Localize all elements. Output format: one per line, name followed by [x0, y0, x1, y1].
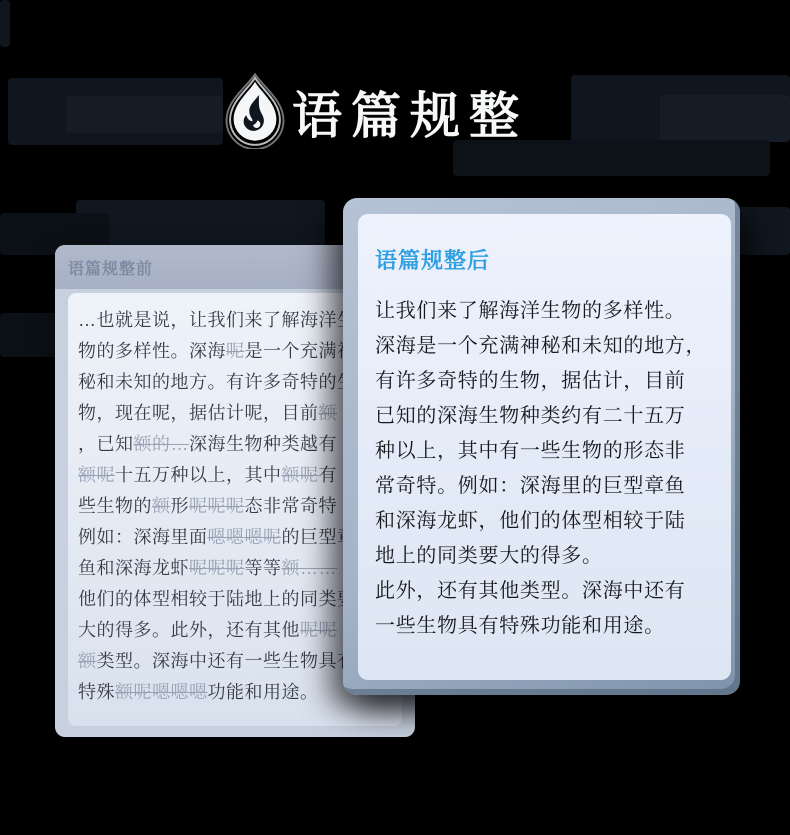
page-background: 语篇规整 语篇规整前 …也就是说，让我们来了解海洋生物的多样性。深海呢是一个充满… [0, 0, 790, 835]
after-card-panel: 语篇规整后 让我们来了解海洋生物的多样性。深海是一个充满神秘和未知的地方，有许多… [358, 214, 731, 680]
spark-flame-icon [217, 73, 293, 149]
page-header: 语篇规整 [0, 0, 790, 170]
after-card-text: 让我们来了解海洋生物的多样性。深海是一个充满神秘和未知的地方，有许多奇特的生物，… [375, 294, 731, 644]
text-line: 和深海龙虾，他们的体型相较于陆 [375, 504, 731, 539]
page-title: 语篇规整 [292, 76, 528, 148]
text-line: 深海是一个充满神秘和未知的地方， [375, 329, 731, 364]
text-line: 常奇特。例如：深海里的巨型章鱼 [375, 469, 731, 504]
text-line: 地上的同类要大的得多。 [375, 539, 731, 574]
text-line: 让我们来了解海洋生物的多样性。 [375, 294, 731, 329]
text-line: 此外，还有其他类型。深海中还有 [375, 574, 731, 609]
after-card: 语篇规整后 让我们来了解海洋生物的多样性。深海是一个充满神秘和未知的地方，有许多… [343, 198, 740, 695]
text-line: 一些生物具有特殊功能和用途。 [375, 609, 731, 644]
after-card-title: 语篇规整后 [375, 244, 490, 275]
text-line: 有许多奇特的生物，据估计，目前 [375, 364, 731, 399]
before-card-title: 语篇规整前 [68, 256, 153, 279]
text-line: 已知的深海生物种类约有二十五万 [375, 399, 731, 434]
text-line: 种以上，其中有一些生物的形态非 [375, 434, 731, 469]
